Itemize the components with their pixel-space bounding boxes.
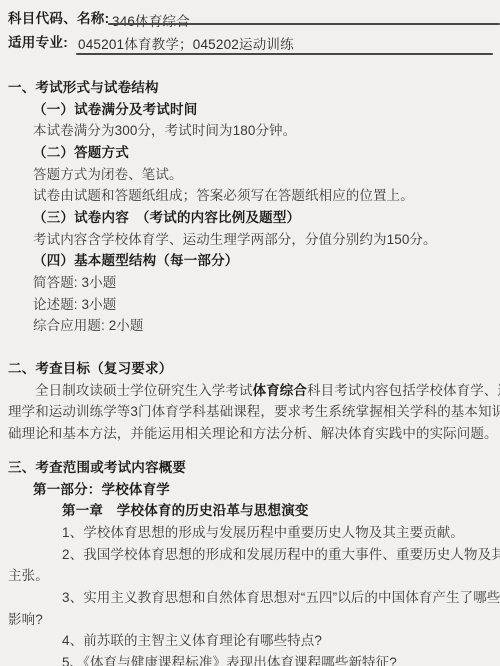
chapter1-question-5: 5、《体育与健康课程标准》表现出体育课程哪些新特征? — [0, 650, 500, 666]
paragraph-text: 全日制攻读硕士学位研究生入学考试 — [35, 379, 253, 399]
section3-title: 三、考查范围或考试内容概要 — [0, 455, 500, 477]
section1-title: 一、考试形式与试卷结构 — [0, 75, 500, 97]
section1-sub2-title: （二）答题方式 — [0, 140, 500, 162]
chapter1-title: 第一章 学校体育的历史沿革与思想演变 — [0, 498, 500, 520]
section2-title: 二、考查目标（复习要求） — [0, 356, 500, 378]
subject-code-underline — [108, 23, 500, 25]
applicable-majors-label: 适用专业: — [8, 31, 68, 51]
section2-paragraph-line1: 全日制攻读硕士学位研究生入学考试体育综合科目考试内容包括学校体育学、运动生 — [0, 378, 500, 400]
paragraph-text: 科目考试内容包括学校体育学、运动生 — [307, 379, 500, 399]
section1-sub1-body: 本试卷满分为300分，考试时间为180分钟。 — [0, 118, 500, 140]
syllabus-document: 科目代码、名称: 346体育综合 适用专业: 045201体育教学；045202… — [0, 0, 500, 666]
chapter1-question-3-cont: 影响? — [0, 607, 500, 629]
subject-code-label: 科目代码、名称: — [8, 7, 109, 27]
question-type-essay: 论述题: 3小题 — [0, 292, 500, 314]
section1-sub1-title: （一）试卷满分及考试时间 — [0, 97, 500, 119]
document-body: 一、考试形式与试卷结构 （一）试卷满分及考试时间 本试卷满分为300分，考试时间… — [0, 75, 500, 666]
chapter1-question-4: 4、前苏联的主智主义体育理论有哪些特点? — [0, 629, 500, 651]
section1-sub2-body2: 试卷由试题和答题纸组成；答案必须写在答题纸相应的位置上。 — [0, 183, 500, 205]
section1-sub2-body1: 答题方式为闭卷、笔试。 — [0, 162, 500, 184]
applicable-majors-underline — [76, 53, 493, 55]
section1-sub3-body: 考试内容含学校体育学、运动生理学两部分，分值分别约为150分。 — [0, 227, 500, 249]
applicable-majors-value: 045201体育教学；045202运动训练 — [78, 33, 294, 53]
subject-code-value: 346体育综合 — [112, 10, 190, 30]
part1-title: 第一部分：学校体育学 — [0, 477, 500, 499]
subject-name-emphasis: 体育综合 — [253, 379, 307, 399]
section1-sub3-title: （三）试卷内容 （考试的内容比例及题型） — [0, 205, 500, 227]
chapter1-question-2: 2、我国学校体育思想的形成和发展历程中的重大事件、重要历史人物及其主要观点和 — [0, 542, 500, 564]
chapter1-question-2-cont: 主张。 — [0, 563, 500, 585]
chapter1-question-1: 1、学校体育思想的形成与发展历程中重要历史人物及其主要贡献。 — [0, 520, 500, 542]
chapter1-question-3: 3、实用主义教育思想和自然体育思想对“五四”以后的中国体育产生了哪些 — [0, 585, 500, 607]
section1-sub4-title: （四）基本题型结构（每一部分） — [0, 249, 500, 271]
section2-paragraph-line2: 理学和运动训练学等3门体育学科基础课程，要求考生系统掌握相关学科的基本知识、基 — [0, 400, 500, 422]
section2-paragraph-line3: 础理论和基本方法，并能运用相关理论和方法分析、解决体育实践中的实际问题。 — [0, 421, 500, 443]
question-type-application: 综合应用题: 2小题 — [0, 314, 500, 336]
question-type-short-answer: 简答题: 3小题 — [0, 270, 500, 292]
